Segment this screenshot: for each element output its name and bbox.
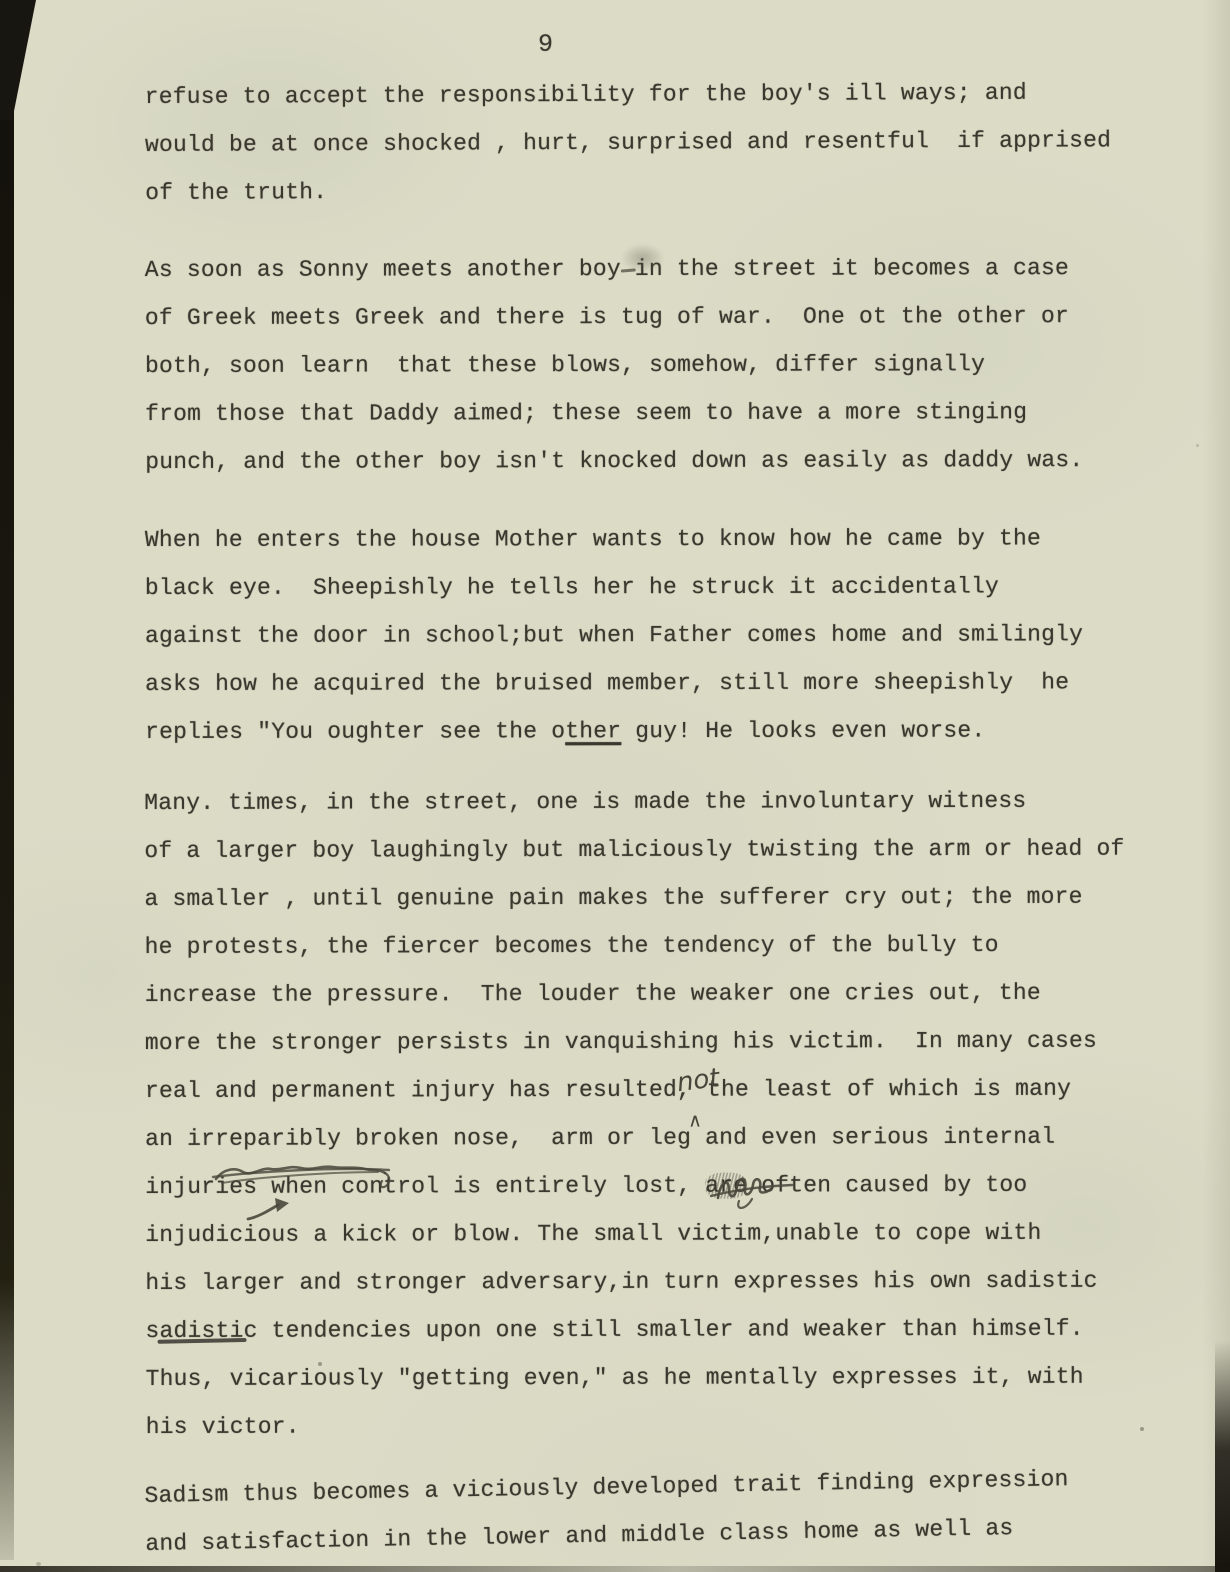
typed-line: of a larger boy laughingly but malicious… [144,825,1154,875]
text-segment: When he enters the house Mother wants to… [145,525,1041,553]
pen-scribble-deleted-word-mark [210,1156,398,1192]
text-segment: asks how he acquired the bruised member,… [145,669,1069,697]
typed-line: his victor. [146,1401,1156,1451]
scan-edge-shadow-left [0,0,14,1560]
typed-line: asks how he acquired the bruised member,… [145,658,1155,708]
text-segment: from those that Daddy aimed; these seem … [145,399,1027,427]
paper-speck [1196,444,1199,447]
text-segment: c tendencies upon one still smaller and … [244,1316,1084,1344]
scanned-typescript-page: { "document": { "page_number": "9", "par… [0,0,1230,1572]
scan-edge-corner [0,0,36,120]
text-segment: more the stronger persists in vanquishin… [145,1028,1097,1056]
scan-edge-shadow-right [1215,1340,1230,1572]
typed-line: injudicious a kick or blow. The small vi… [145,1209,1155,1259]
paragraph: When he enters the house Mother wants to… [145,514,1155,756]
text-segment: refuse to accept the responsibility for … [145,80,1027,110]
typed-line: of the truth. [145,164,1155,217]
text-segment: and satisfaction in the lower and middle… [145,1515,1013,1557]
pen-loop-scribble-mark [708,1168,800,1214]
text-segment: the least of which is many [707,1076,1071,1103]
text-segment-struck: disti [174,1318,244,1344]
text-segment: of a larger boy laughingly but malicious… [144,836,1124,864]
typed-line: of Greek meets Greek and there is tug of… [145,292,1155,342]
typed-line: would be at once shocked , hurt, surpris… [145,116,1155,169]
text-segment: of Greek meets Greek and there is tug of… [145,303,1069,331]
paper-speck [1140,1427,1144,1431]
text-segment: his victor. [146,1414,300,1440]
typed-line: both, soon learn that these blows, someh… [145,340,1155,390]
typed-line: When he enters the house Mother wants to… [145,514,1155,564]
typed-line: a smaller , until genuine pain makes the… [144,873,1154,923]
text-segment-underline: ther [565,718,621,744]
text-segment: replies "You oughter see the o [145,718,565,745]
text-segment: increase the pressure. The louder the we… [145,980,1041,1008]
right-edge-shade [1202,0,1230,1572]
text-segment: real and permanent injury has resulted, [145,1077,691,1104]
text-segment: of the truth. [145,179,327,206]
text-segment: against the door in school;but when Fath… [145,621,1083,649]
typed-text: refuse to accept the responsibility for … [145,73,1155,1568]
text-segment: As soon as Sonny meets another boy [145,256,635,283]
typed-line: punch, and the other boy isn't knocked d… [145,436,1155,486]
typed-line: As soon as Sonny meets another boy in th… [145,244,1155,294]
paragraph: Sadism thus becomes a viciously develope… [144,1453,1156,1567]
text-segment: the street it becomes a case [663,255,1069,282]
typed-line: increase the pressure. The louder the we… [145,969,1155,1019]
insert-caret-mark: ∧ [688,1112,702,1131]
typed-line: Thus, vicariously "getting even," as he … [146,1353,1156,1403]
text-segment: injudicious a kick or blow. The small vi… [145,1220,1041,1248]
typed-line: his larger and stronger adversary,in tur… [145,1257,1155,1307]
typed-line: from those that Daddy aimed; these seem … [145,388,1155,438]
typed-line: sadistic tendencies upon one still small… [145,1305,1155,1355]
text-segment: black eye. Sheepishly he tells her he st… [145,574,999,601]
pen-arrow-insert-mark [244,1196,294,1224]
paragraph: refuse to accept the responsibility for … [145,68,1156,217]
text-segment: Thus, vicariously "getting even," as he … [146,1364,1084,1392]
paper-speck [318,1362,322,1366]
paper-speck [36,1562,41,1566]
typed-line: Many. times, in the street, one is made … [144,777,1154,827]
handwritten-insert-word: not [676,1065,721,1096]
typed-line: more the stronger persists in vanquishin… [145,1017,1155,1067]
text-segment: an irreparibly broken nose, arm or leg a… [145,1124,1055,1152]
text-segment: a smaller , until genuine pain makes the… [144,884,1082,912]
page-number: 9 [538,30,553,59]
text-segment: Many. times, in the street, one is made … [144,788,1026,816]
typed-line: he protests, the fiercer becomes the ten… [145,921,1155,971]
text-segment: both, soon learn that these blows, someh… [145,351,985,379]
text-segment-smudge: in [635,256,663,282]
typed-line: against the door in school;but when Fath… [145,610,1155,660]
typed-line: real and permanent injury has resulted,n… [145,1065,1155,1115]
text-segment: he protests, the fiercer becomes the ten… [145,932,999,960]
text-segment: his larger and stronger adversary,in tur… [145,1268,1097,1296]
paragraph: Many. times, in the street, one is made … [144,777,1156,1451]
text-segment: would be at once shocked , hurt, surpris… [145,127,1111,158]
paragraph: As soon as Sonny meets another boy in th… [145,244,1156,486]
typed-line: black eye. Sheepishly he tells her he st… [145,562,1155,612]
typed-line: refuse to accept the responsibility for … [145,68,1155,121]
text-segment: punch, and the other boy isn't knocked d… [145,447,1083,475]
typed-line: replies "You oughter see the other guy! … [145,706,1155,756]
text-segment: Sadism thus becomes a viciously develope… [144,1466,1068,1509]
text-segment: guy! He looks even worse. [621,718,985,745]
